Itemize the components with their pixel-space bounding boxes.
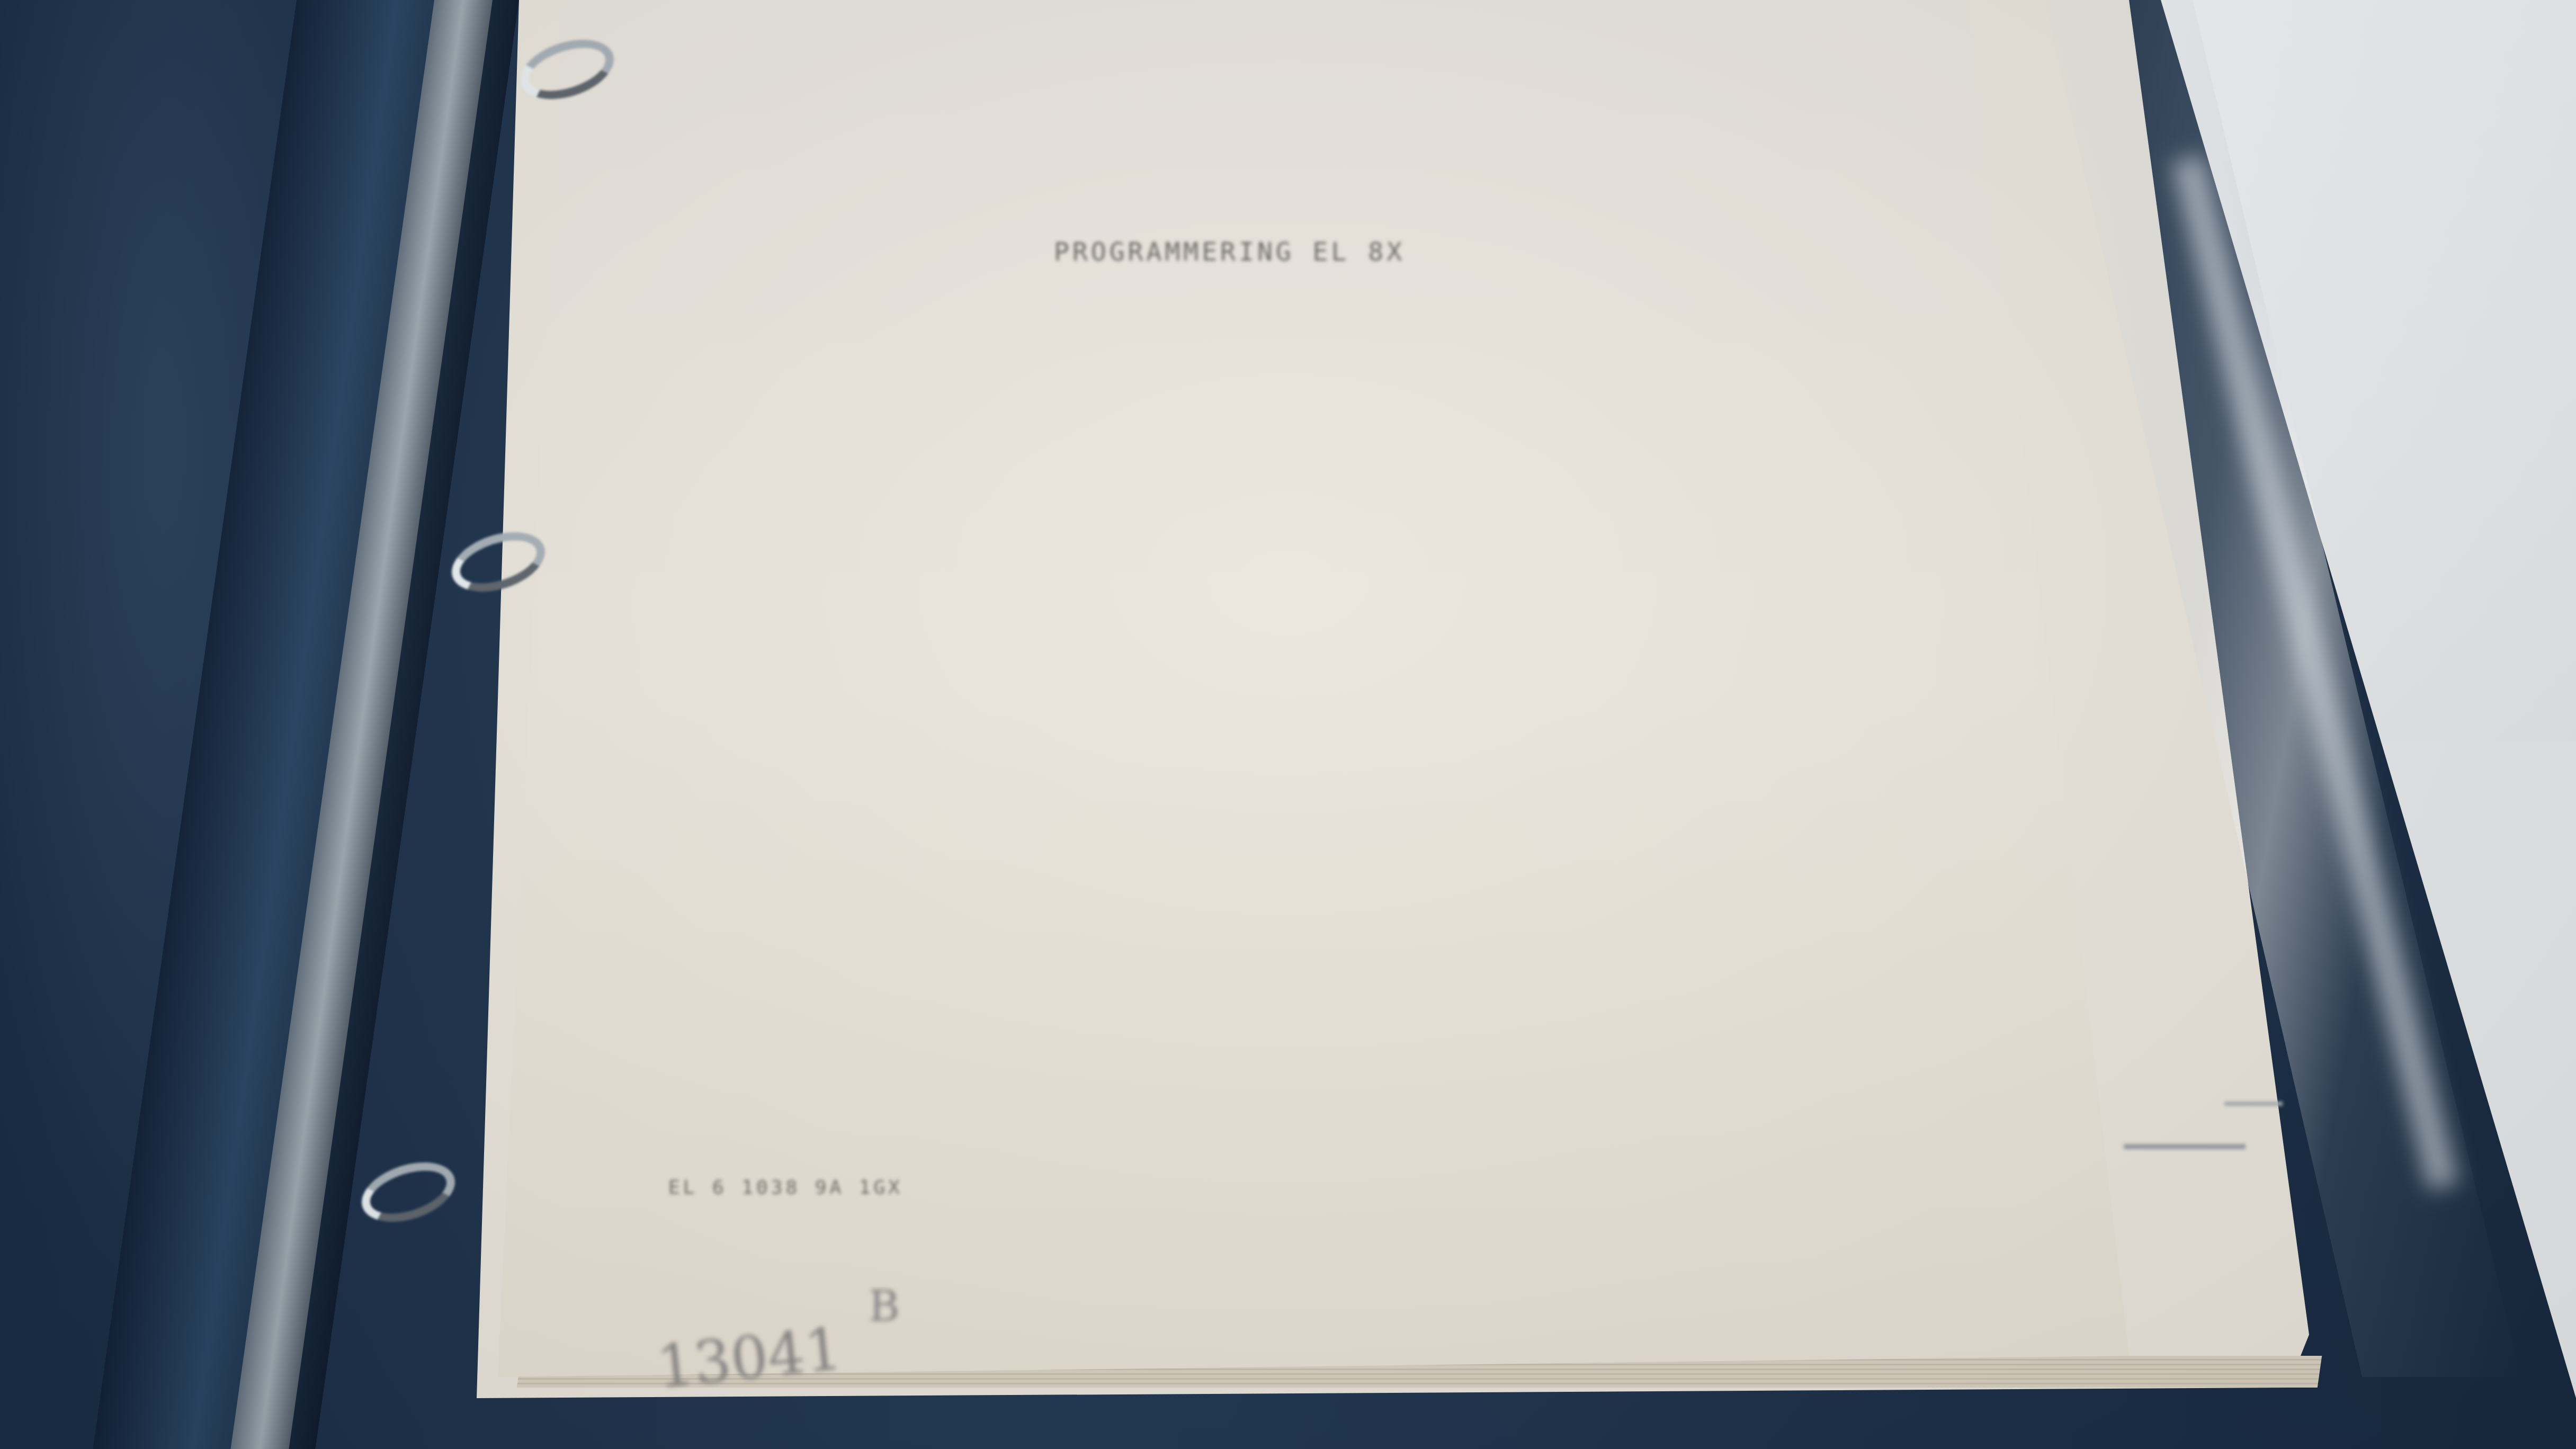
- document-title: PROGRAMMERING EL 8X: [1054, 237, 1405, 267]
- handwritten-superscript: B: [869, 1282, 900, 1331]
- divider-tab-edge: [2224, 1102, 2283, 1106]
- divider-tab-edge: [2124, 1144, 2246, 1149]
- document-footer-code: EL 6 1038 9A 1GX: [668, 1177, 903, 1198]
- document-page: [498, 0, 2193, 1377]
- photo-scene: PROGRAMMERING EL 8X EL 6 1038 9A 1GX 130…: [0, 0, 2576, 1449]
